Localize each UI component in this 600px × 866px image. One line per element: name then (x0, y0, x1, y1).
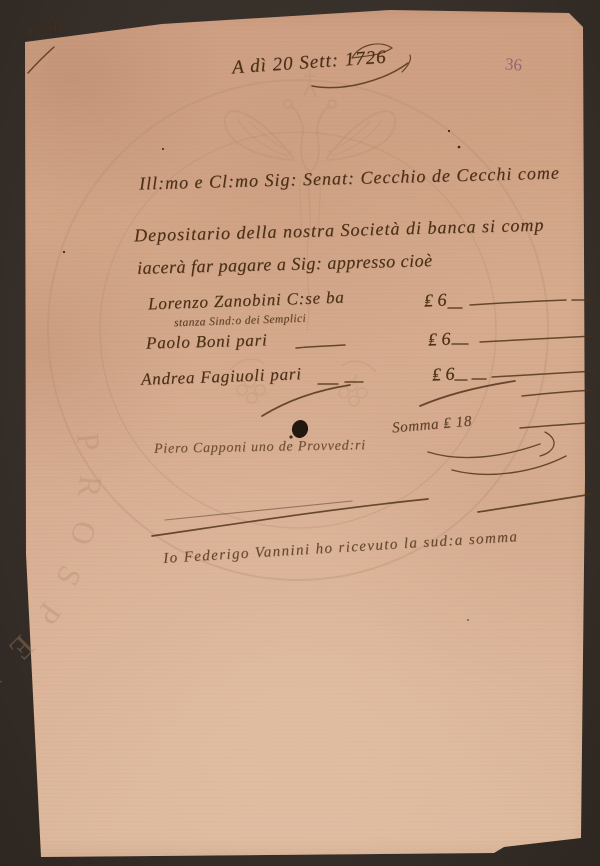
payee-name: Paolo Boni pari (146, 330, 268, 353)
folio-number: 36 (504, 54, 523, 75)
payee-amount: ₤ 6 (431, 363, 455, 385)
payee-amount: ₤ 6 (423, 289, 447, 311)
payee-amount: ₤ 6 (427, 328, 451, 350)
photograph-of-manuscript: PROSPERITATI PVBLICAE (0, 0, 600, 866)
catalog-number: nº. 511. (25, 16, 70, 41)
manuscript-paper-sheet (0, 0, 600, 866)
